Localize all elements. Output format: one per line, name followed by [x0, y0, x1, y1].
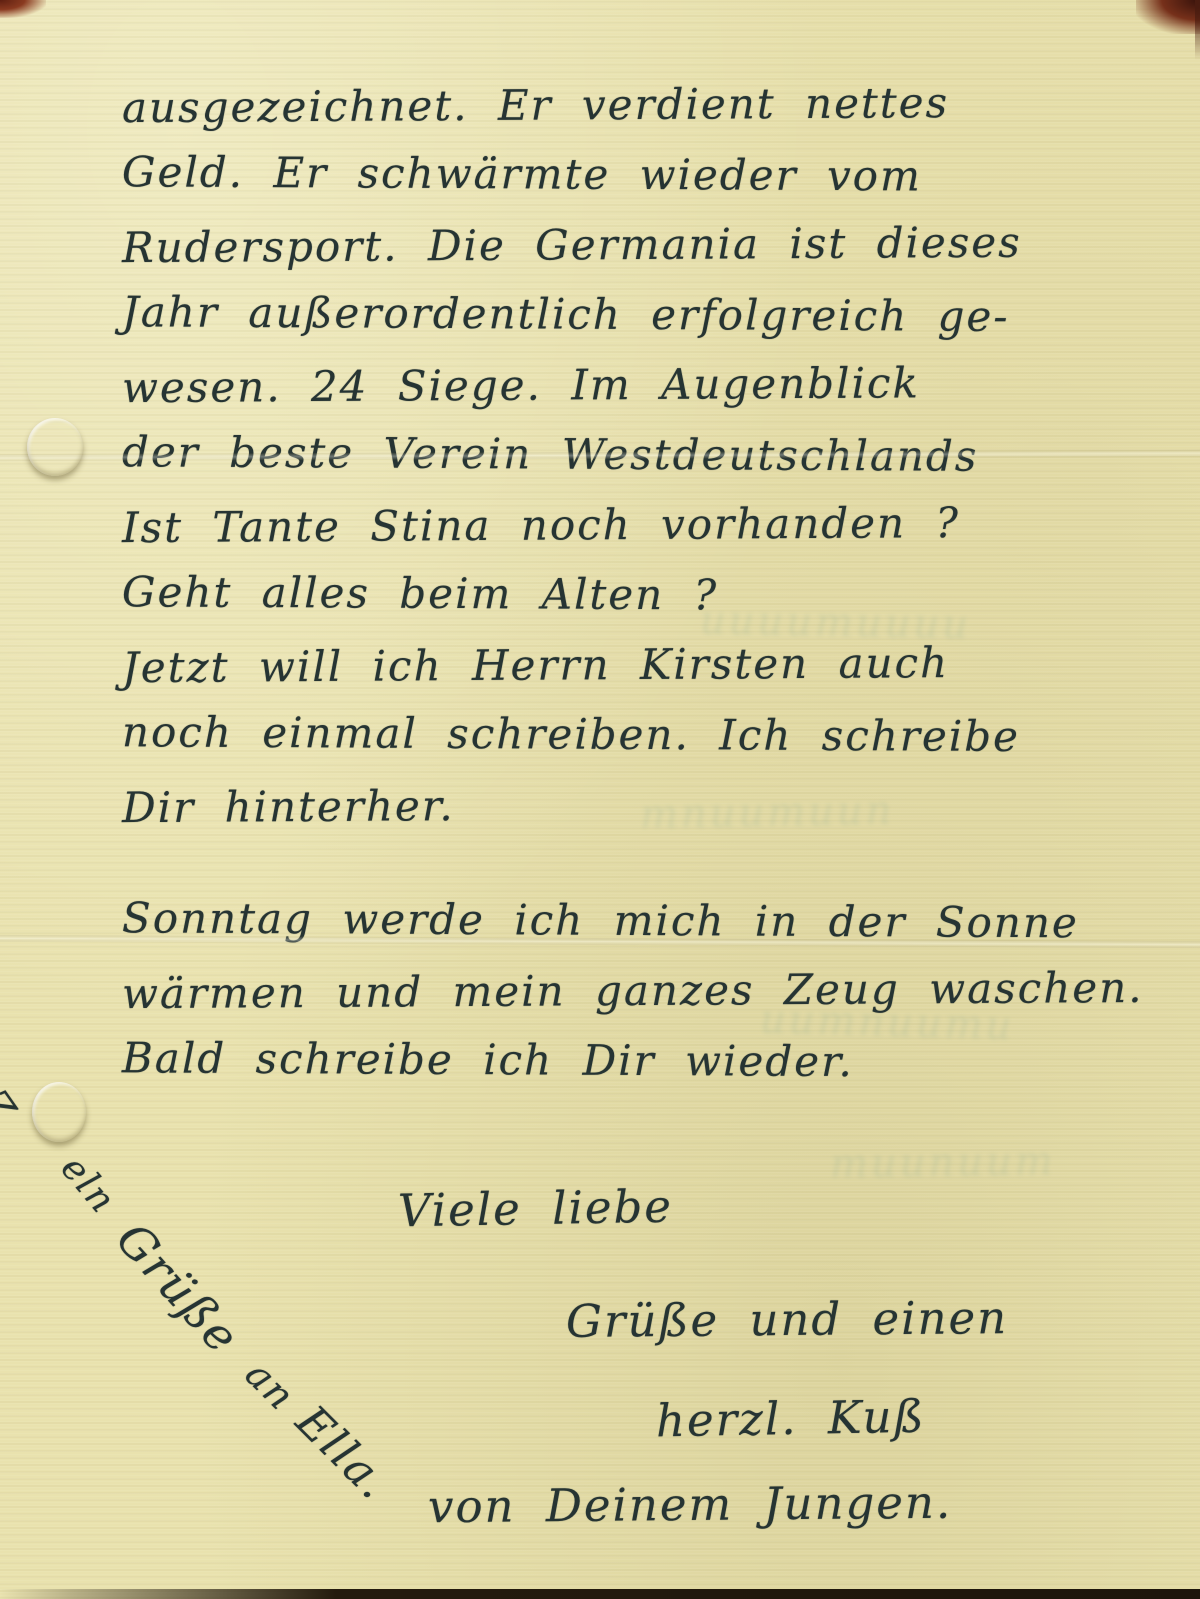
signature-line: von Deinem Jungen. [428, 1476, 953, 1534]
closing-line: Viele liebe [398, 1180, 674, 1238]
letter-line: noch einmal schreiben. Ich schreibe [122, 697, 1162, 772]
scan-artifact-edge [1195, 0, 1200, 60]
letter-line: Geld. Er schwärmte wieder vom [122, 137, 1162, 212]
letter-line: ausgezeichnet. Er verdient nettes [122, 67, 1162, 143]
margin-note-word: Ella. [286, 1396, 400, 1510]
letter-page: ausgezeichnet. Er verdient nettes Geld. … [0, 0, 1200, 1599]
scan-artifact-corner [1136, 0, 1200, 34]
margin-note-word: an [237, 1352, 304, 1419]
margin-note-fragment: eln [53, 1148, 124, 1222]
punch-hole [27, 418, 83, 476]
letter-line: Geht alles beim Alten ? [122, 557, 1162, 632]
margin-note-fragment: Z [0, 1082, 25, 1133]
letter-line: Jetzt will ich Herrn Kirsten auch [122, 627, 1162, 703]
margin-note-word: Grüße [106, 1212, 251, 1364]
letter-line: Rudersport. Die Germania ist dieses [122, 207, 1162, 283]
ink-showthrough: muunuum [830, 1138, 1056, 1187]
punch-hole [32, 1082, 86, 1142]
ink-showthrough: mnuumuun [640, 788, 895, 838]
scan-artifact-edge [0, 1589, 1200, 1599]
letter-line: Jahr außerordentlich erfolgreich ge- [122, 277, 1162, 352]
closing-line: herzl. Kuß [656, 1390, 926, 1448]
scan-artifact-corner [0, 0, 46, 18]
ink-showthrough: uumnuumu [759, 997, 1015, 1050]
letter-line: wesen. 24 Siege. Im Augenblick [122, 347, 1162, 423]
letter-line: Sonntag werde ich mich in der Sonne [122, 883, 1162, 958]
letter-line: Ist Tante Stina noch vorhanden ? [122, 487, 1162, 563]
closing-line: Grüße und einen [566, 1291, 1009, 1348]
ink-showthrough: uuuumuuuu [700, 598, 972, 649]
